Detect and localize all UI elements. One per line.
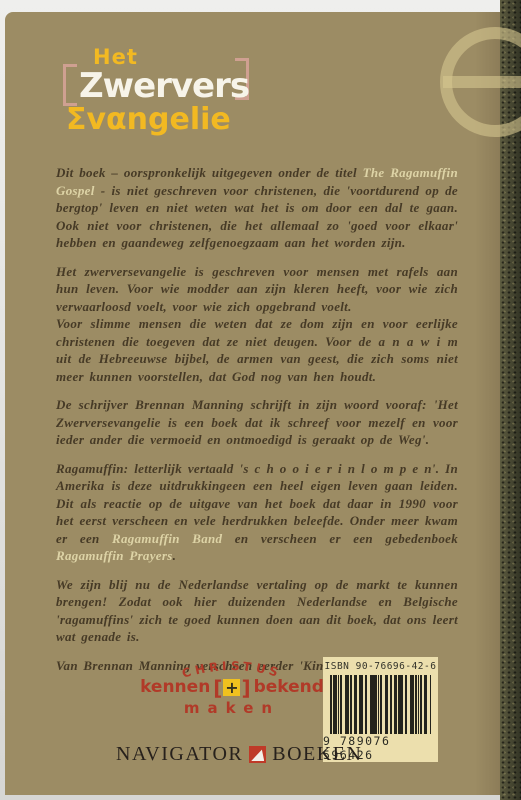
title-bracket-left (63, 64, 77, 106)
e-emblem-bar (443, 76, 521, 88)
body-paragraph: We zijn blij nu de Nederlandse vertaling… (56, 576, 458, 646)
publisher-imprint: NAVIGATOR BOEKEN (116, 743, 362, 766)
christus-plus-bracket-right: ] (241, 679, 250, 697)
body-text-segment: Het zwerversevangelie is geschreven voor… (56, 264, 458, 314)
title-main: Zwervers (79, 66, 249, 106)
body-text-segment: - is niet geschreven voor christenen, di… (56, 183, 458, 251)
sail-logo-icon (249, 746, 266, 763)
christus-maken: maken (148, 699, 316, 717)
body-text-segment: De schrijver Brennan Manning schrijft in… (56, 397, 458, 447)
christus-plus-wrap: [ + ] (213, 679, 250, 697)
publisher-name-right: BOEKEN (272, 743, 362, 766)
body-text-segment: We zijn blij nu de Nederlandse vertaling… (56, 577, 458, 645)
body-paragraph: Het zwerversevangelie is geschreven voor… (56, 263, 458, 386)
christus-bekend: bekend (254, 678, 324, 697)
body-paragraph: De schrijver Brennan Manning schrijft in… (56, 396, 458, 449)
body-paragraph: Dit boek – oorspronkelijk uitgegeven ond… (56, 164, 458, 252)
christus-arc-letter: I (222, 659, 231, 673)
body-paragraph: Ragamuffin: letterlijk vertaald 's c h o… (56, 460, 458, 565)
sail-triangle (251, 749, 264, 761)
christus-plus-bracket-left: [ (213, 679, 222, 697)
christus-row: kennen [ + ] bekend (148, 678, 316, 697)
book-back-cover-photo: Het Zwervers Σvαngelie Dit boek – oorspr… (0, 0, 521, 800)
body-text: Dit boek – oorspronkelijk uitgegeven ond… (56, 164, 458, 685)
body-text-segment: Voor slimme mensen die weten dat ze dom … (56, 316, 458, 384)
body-text-segment: Dit boek – oorspronkelijk uitgegeven ond… (56, 165, 363, 180)
isbn-label: ISBN 90-76696-42-6 (325, 661, 437, 672)
title-sub: Σvαngelie (66, 102, 231, 137)
christus-logo: CHRISTUS kennen [ + ] bekend maken (148, 659, 316, 717)
body-highlight-text: Ragamuffin Band (112, 531, 222, 546)
barcode-icon (330, 675, 431, 734)
cross-icon: + (223, 679, 240, 696)
body-highlight-text: Ragamuffin Prayers (56, 548, 173, 563)
body-text-segment: . (173, 548, 177, 563)
christus-arc-text: CHRISTUS (148, 659, 316, 678)
body-text-segment: en verscheen er een gebedenboek (222, 531, 458, 546)
publisher-name-left: NAVIGATOR (116, 743, 243, 766)
christus-kennen: kennen (140, 678, 210, 697)
christus-arc-letter: R (208, 659, 223, 675)
